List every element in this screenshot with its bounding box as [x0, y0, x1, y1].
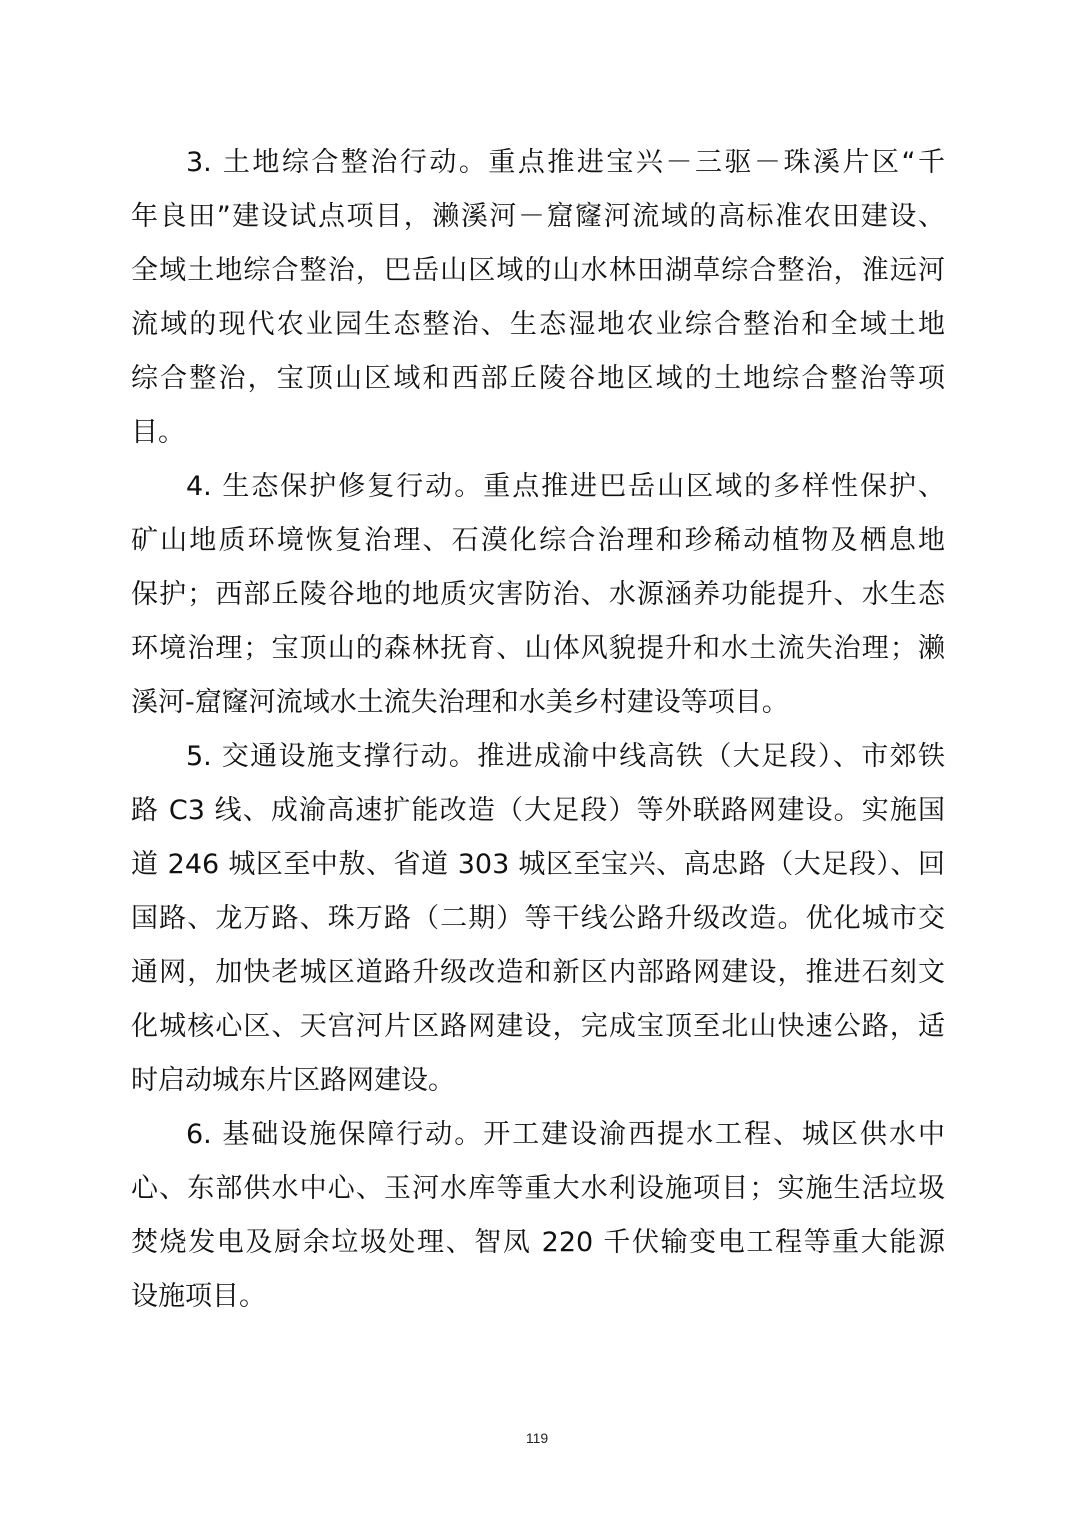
text-line: 5. 交通设施支撑行动。推进成渝中线高铁（大足段）、市郊铁 [186, 737, 945, 777]
text-line: 3. 土地综合整治行动。重点推进宝兴－三驱－珠溪片区“千 [186, 143, 945, 183]
text-line: 环境治理；宝顶山的森林抚育、山体风貌提升和水土流失治理；濑 [131, 629, 945, 669]
text-line: 设施项目。 [131, 1277, 945, 1317]
text-line: 流域的现代农业园生态整治、生态湿地农业综合整治和全域土地 [131, 305, 945, 345]
text-line: 路 C3 线、成渝高速扩能改造（大足段）等外联路网建设。实施国 [131, 791, 945, 831]
text-line: 6. 基础设施保障行动。开工建设渝西提水工程、城区供水中 [186, 1115, 945, 1155]
text-line: 焚烧发电及厨余垃圾处理、智凤 220 千伏输变电工程等重大能源 [131, 1223, 945, 1263]
text-line: 通网，加快老城区道路升级改造和新区内部路网建设，推进石刻文 [131, 953, 945, 993]
text-line: 化城核心区、天宫河片区路网建设，完成宝顶至北山快速公路，适 [131, 1007, 945, 1047]
text-line: 时启动城东片区路网建设。 [131, 1061, 945, 1101]
text-line: 保护；西部丘陵谷地的地质灾害防治、水源涵养功能提升、水生态 [131, 575, 945, 615]
text-line: 综合整治，宝顶山区域和西部丘陵谷地区域的土地综合整治等项 [131, 359, 945, 399]
text-line: 道 246 城区至中敖、省道 303 城区至宝兴、高忠路（大足段）、回 [131, 845, 945, 885]
text-line: 4. 生态保护修复行动。重点推进巴岳山区域的多样性保护、 [186, 467, 945, 507]
text-line: 矿山地质环境恢复治理、石漠化综合治理和珍稀动植物及栖息地 [131, 521, 945, 561]
text-line: 国路、龙万路、珠万路（二期）等干线公路升级改造。优化城市交 [131, 899, 945, 939]
text-line: 溪河-窟窿河流域水土流失治理和水美乡村建设等项目。 [131, 683, 945, 723]
text-line: 全域土地综合整治，巴岳山区域的山水林田湖草综合整治，淮远河 [131, 251, 945, 291]
page-number: 119 [0, 1430, 1074, 1446]
text-line: 年良田”建设试点项目，濑溪河－窟窿河流域的高标准农田建设、 [131, 197, 945, 237]
text-line: 目。 [131, 413, 945, 453]
text-line: 心、东部供水中心、玉河水库等重大水利设施项目；实施生活垃圾 [131, 1169, 945, 1209]
document-page: 3. 土地综合整治行动。重点推进宝兴－三驱－珠溪片区“千 年良田”建设试点项目，… [0, 0, 1074, 1520]
